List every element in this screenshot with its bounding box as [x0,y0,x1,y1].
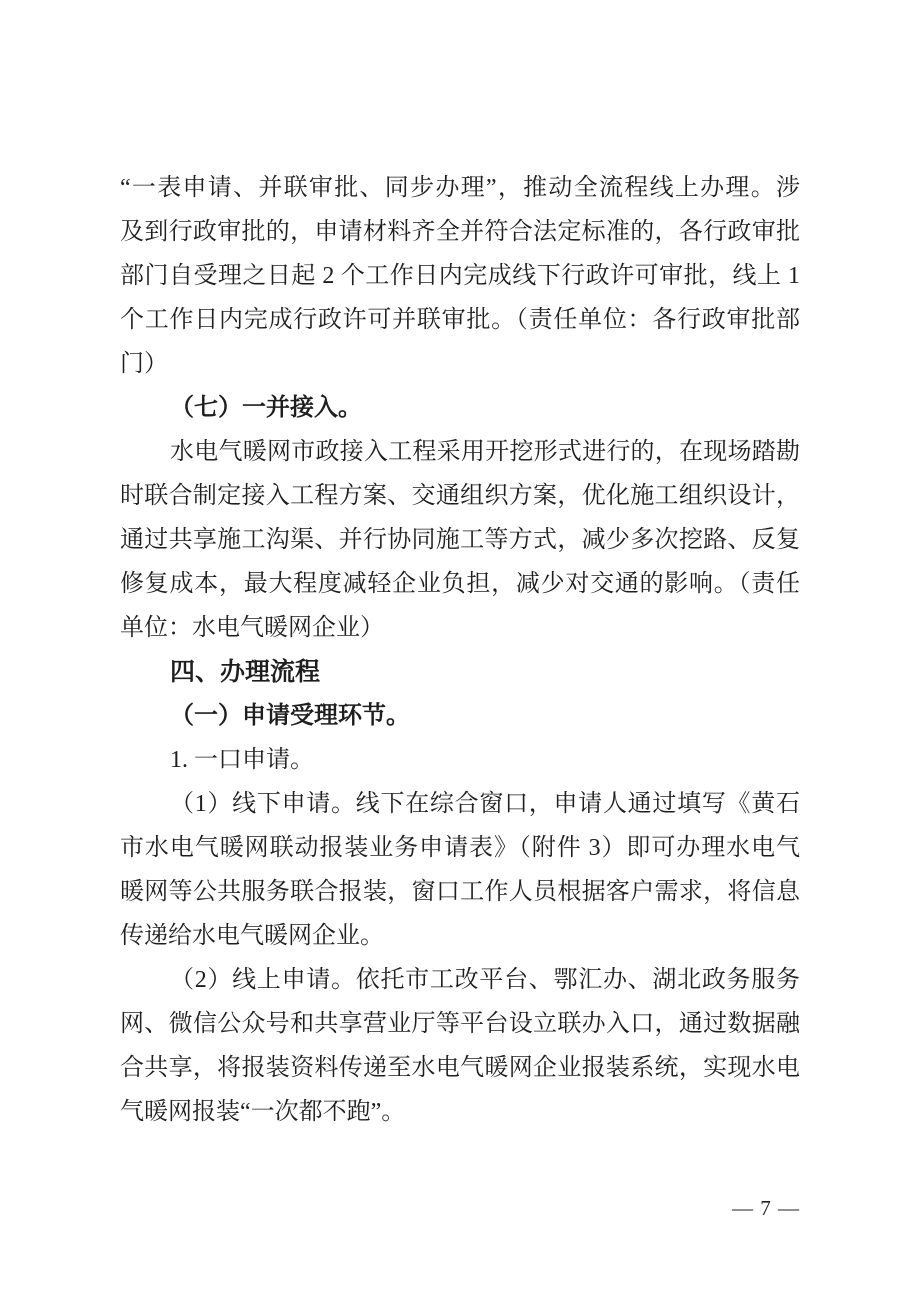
text-line: 气暖网报装“一次都不跑”。 [120,1090,800,1134]
text-line: 通过共享施工沟渠、并行协同施工等方式，减少多次挖路、反复 [120,518,800,562]
text-line: 个工作日内完成行政许可并联审批。（责任单位：各行政审批部 [120,298,800,342]
heading-section-seven: （七）一并接入。 [120,386,800,430]
text-line: 修复成本，最大程度减轻企业负担，减少对交通的影响。（责任 [120,562,800,606]
heading-chapter-four: 四、办理流程 [120,650,800,694]
text-line: 传递给水电气暖网企业。 [120,914,800,958]
document-body: “一表申请、并联审批、同步办理”，推动全流程线上办理。涉 及到行政审批的，申请材… [120,166,800,1134]
text-line: （2）线上申请。依托市工改平台、鄂汇办、湖北政务服务 [120,958,800,1002]
heading-item-1: 1. 一口申请。 [120,738,800,782]
text-line: 单位：水电气暖网企业） [120,606,800,650]
text-line: 及到行政审批的，申请材料齐全并符合法定标准的，各行政审批 [120,210,800,254]
text-line: 部门自受理之日起 2 个工作日内完成线下行政许可审批，线上 1 [120,254,800,298]
text-line: 合共享，将报装资料传递至水电气暖网企业报装系统，实现水电 [120,1046,800,1090]
text-line: “一表申请、并联审批、同步办理”，推动全流程线上办理。涉 [120,166,800,210]
text-line: 水电气暖网市政接入工程采用开挖形式进行的，在现场踏勘 [120,430,800,474]
heading-subsection-one: （一）申请受理环节。 [120,694,800,738]
text-line: 网、微信公众号和共享营业厅等平台设立联办入口，通过数据融 [120,1002,800,1046]
document-page: “一表申请、并联审批、同步办理”，推动全流程线上办理。涉 及到行政审批的，申请材… [0,0,920,1301]
text-line: （1）线下申请。线下在综合窗口，申请人通过填写《黄石 [120,782,800,826]
page-number: — 7 — [732,1194,800,1222]
text-line: 暖网等公共服务联合报装，窗口工作人员根据客户需求，将信息 [120,870,800,914]
text-line: 门） [120,342,800,386]
text-line: 市水电气暖网联动报装业务申请表》（附件 3）即可办理水电气 [120,826,800,870]
text-line: 时联合制定接入工程方案、交通组织方案，优化施工组织设计， [120,474,800,518]
